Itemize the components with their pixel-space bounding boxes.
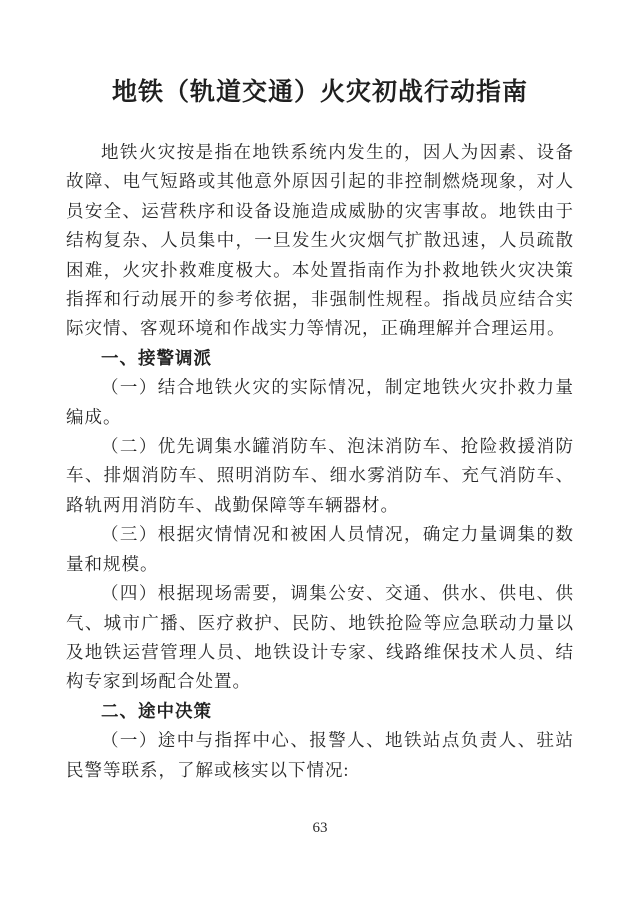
section-2-heading: 二、途中决策 (66, 697, 574, 726)
section-1-item-4: （四）根据现场需要，调集公安、交通、供水、供电、供气、城市广播、医疗救护、民防、… (66, 579, 574, 697)
page-title: 地铁（轨道交通）火灾初战行动指南 (66, 76, 574, 110)
intro-paragraph: 地铁火灾按是指在地铁系统内发生的，因人为因素、设备故障、电气短路或其他意外原因引… (66, 138, 574, 344)
document-content: 地铁（轨道交通）火灾初战行动指南 地铁火灾按是指在地铁系统内发生的，因人为因素、… (66, 0, 574, 785)
section-1-item-3: （三）根据灾情情况和被困人员情况，确定力量调集的数量和规模。 (66, 520, 574, 579)
section-1-item-1: （一）结合地铁火灾的实际情况，制定地铁火灾扑救力量编成。 (66, 373, 574, 432)
section-2-item-1: （一）途中与指挥中心、报警人、地铁站点负责人、驻站民警等联系，了解或核实以下情况… (66, 726, 574, 785)
document-page: 地铁（轨道交通）火灾初战行动指南 地铁火灾按是指在地铁系统内发生的，因人为因素、… (0, 0, 640, 905)
document-body: 地铁火灾按是指在地铁系统内发生的，因人为因素、设备故障、电气短路或其他意外原因引… (66, 138, 574, 785)
section-1-item-2: （二）优先调集水罐消防车、泡沫消防车、抢险救援消防车、排烟消防车、照明消防车、细… (66, 432, 574, 520)
section-1-heading: 一、接警调派 (66, 344, 574, 373)
page-number: 63 (0, 820, 640, 837)
